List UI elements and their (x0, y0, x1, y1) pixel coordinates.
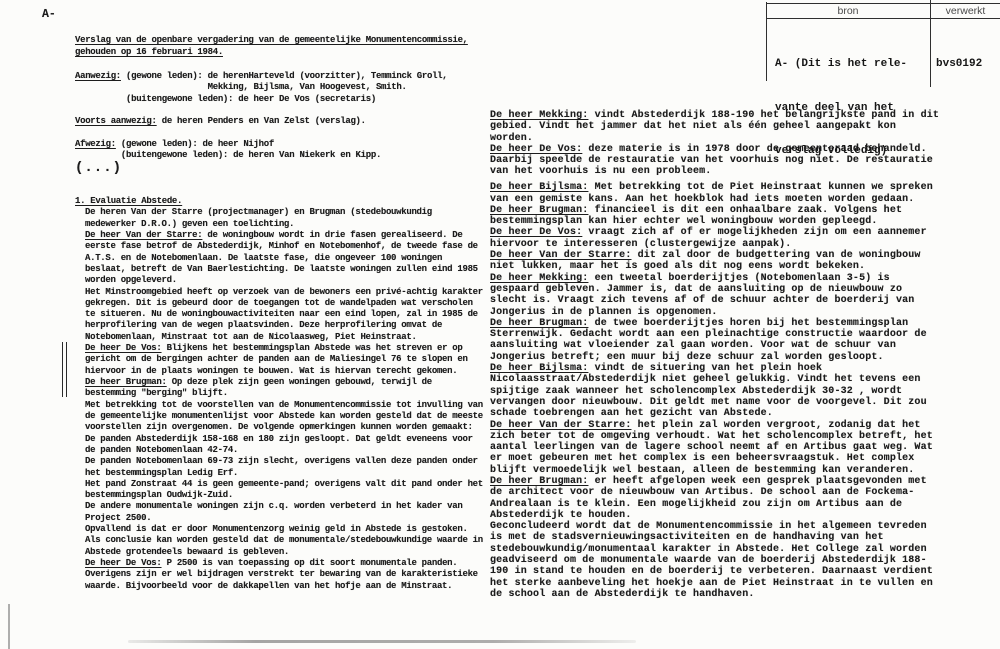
paragraph: De heer Mekking: een tweetal boerderijtj… (490, 273, 940, 318)
speaker-name: De heer Brugman: (85, 377, 167, 387)
speaker-name: De heer Bijlsma: (490, 363, 588, 374)
document-title-line1: Verslag van de openbare vergadering van … (75, 35, 468, 47)
speaker-name: De heer Mekking: (490, 110, 588, 121)
stamp-note-line3: verslag volledig) (775, 144, 935, 159)
paragraph: De heer Brugman: de twee boerderijtjes h… (490, 318, 940, 363)
paragraph: Het Minstroomgebied heeft op verzoek van… (85, 287, 487, 344)
left-column-body: De heren Van der Starre (projectmanager)… (75, 207, 487, 592)
paragraph: De heer Brugman: financieel is dit een o… (490, 205, 940, 228)
paragraph: De heer Van der Starre: dit zal door de … (490, 250, 940, 273)
paragraph: De heer De Vos: vraagt zich af of er mog… (490, 227, 940, 250)
corner-mark: A- (42, 8, 56, 21)
stamp-note-line1: A- (Dit is het rele- (775, 57, 935, 72)
stamp-note-line2: vante deel van het (775, 101, 935, 116)
section-heading: 1. Evaluatie Abstede. (75, 196, 489, 207)
speaker-name: De heer De Vos: (490, 227, 582, 238)
speaker-name: De heer Van der Starre: (490, 250, 631, 261)
paragraph: De heren Van der Starre (projectmanager)… (85, 207, 487, 230)
paragraph: De heer De Vos: P 2500 is van toepassing… (85, 558, 487, 592)
speaker-name: De heer De Vos: (85, 558, 162, 568)
paragraph: Met betrekking tot de voorstellen van de… (85, 400, 487, 457)
scan-edge-artifact (8, 604, 10, 649)
speaker-name: De heer Van der Starre: (490, 420, 631, 431)
attendance-block: Aanwezig: (gewone leden): de herenHartev… (75, 71, 447, 105)
attendance-block: Voorts aanwezig: de heren Penders en Van… (75, 116, 447, 127)
speaker-name: De heer Brugman: (490, 318, 588, 329)
paragraph: De heer Brugman: Op deze plek zijn geen … (85, 377, 487, 400)
preamble: Aanwezig: (gewone leden): de herenHartev… (75, 71, 447, 174)
margin-emphasis-mark (62, 342, 67, 397)
speaker-name: De heer De Vos: (490, 144, 582, 155)
paragraph: Het pand Zonstraat 44 is geen gemeente-p… (85, 479, 487, 502)
stamp-table-header-rule (766, 18, 1000, 19)
paragraph: Opvallend is dat er door Monumentenzorg … (85, 524, 487, 558)
stamp-code: bvs0192 (936, 58, 982, 70)
paragraph: De panden Notebomenlaan 69-73 zijn slech… (85, 456, 487, 479)
stamp-header-verwerkt: verwerkt (931, 5, 1000, 17)
stamp-note: A- (Dit is het rele- vante deel van het … (775, 28, 935, 188)
speaker-name: De heer Brugman: (490, 476, 588, 487)
speaker-name: De heer Van der Starre: (85, 230, 202, 240)
paragraph: Geconcludeerd wordt dat de Monumentencom… (490, 521, 940, 600)
left-column: 1. Evaluatie Abstede. De heren Van der S… (75, 196, 489, 592)
stamp-header-bron: bron (766, 5, 930, 17)
speaker-name: De heer Bijlsma: (490, 182, 588, 193)
speaker-name: De heer Mekking: (490, 273, 588, 284)
document-title-line2: gehouden op 16 februari 1984. (75, 47, 468, 59)
attendance-block: Afwezig: (gewone leden): de heer Nijhof … (75, 139, 447, 162)
scanned-document-page: A- Verslag van de openbare vergadering v… (0, 0, 1000, 649)
speaker-name: De heer De Vos: (85, 343, 162, 353)
document-title: Verslag van de openbare vergadering van … (75, 35, 468, 58)
paragraph: De heer Bijlsma: vindt de situering van … (490, 363, 940, 419)
paragraph: De andere monumentale woningen zijn c.q.… (85, 501, 487, 524)
ellipsis-mark: (...) (75, 163, 447, 174)
paragraph: De heer De Vos: Blijkens het bestemmings… (85, 343, 487, 377)
speaker-name: De heer Brugman: (490, 205, 588, 216)
paragraph: De heer Van der Starre: de woningbouw wo… (85, 230, 487, 287)
scan-smudge-bottom (128, 640, 636, 643)
paragraph: De heer Brugman: er heeft afgelopen week… (490, 476, 940, 521)
paragraph: De heer Van der Starre: het plein zal wo… (490, 420, 940, 476)
